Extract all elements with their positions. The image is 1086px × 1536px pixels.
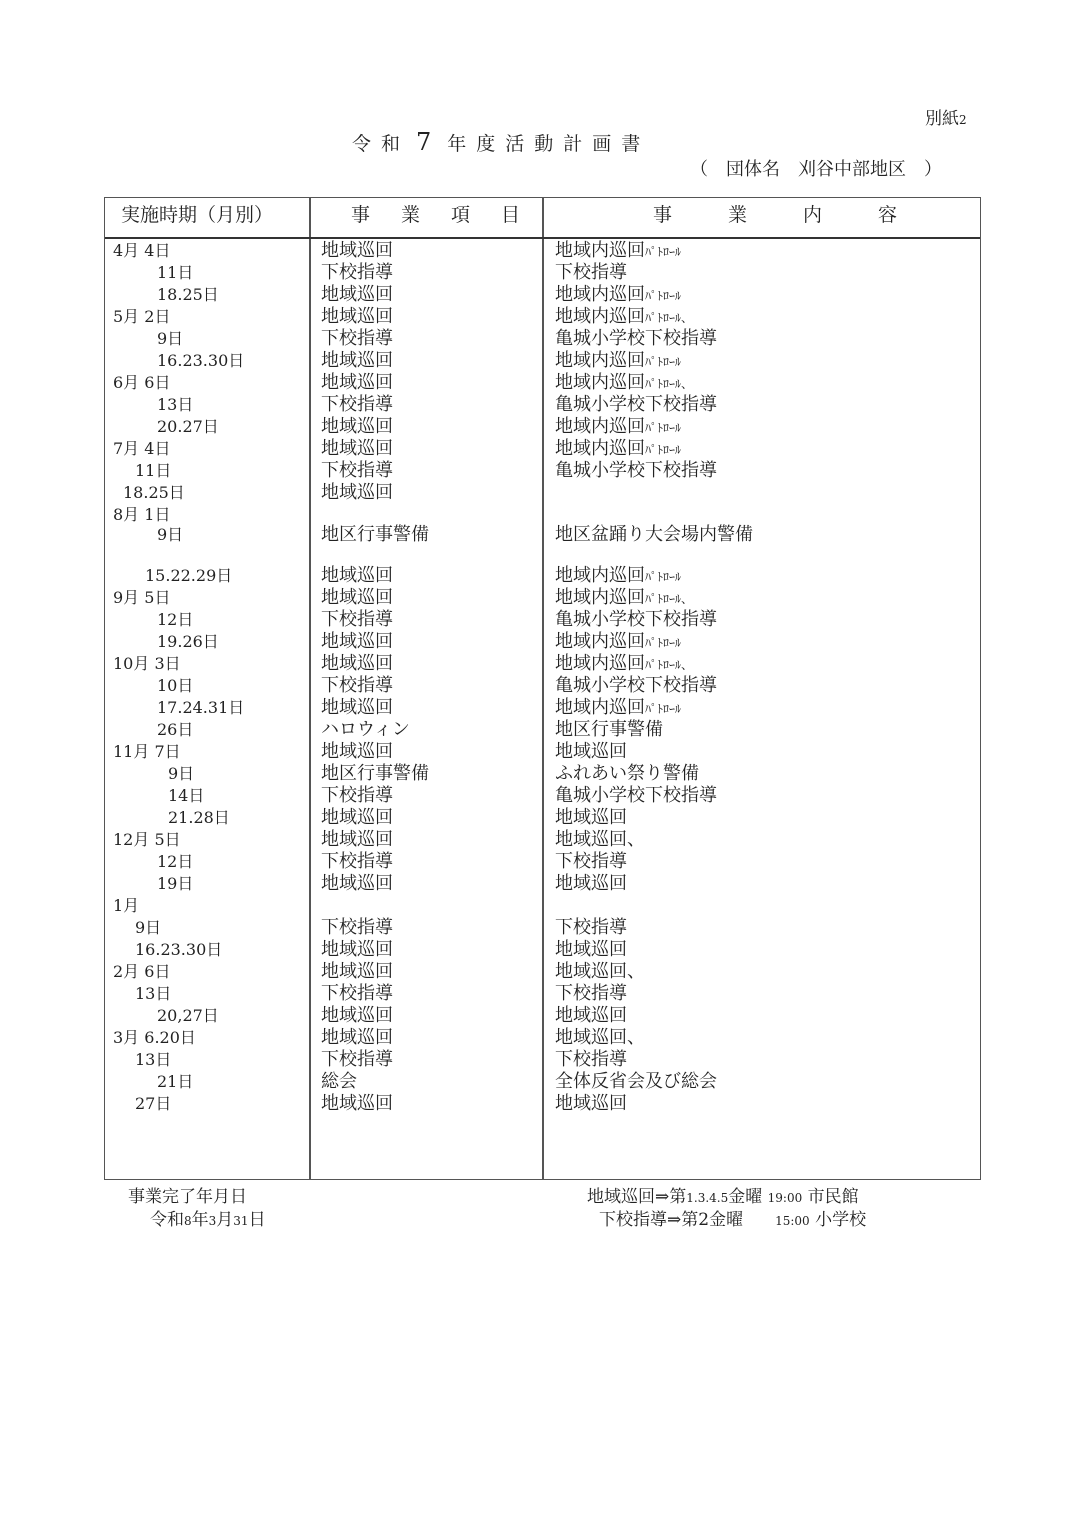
row-content-text: 地域巡回	[555, 807, 627, 828]
row-item: 下校指導	[321, 917, 393, 939]
row-content-text: 亀城小学校下校指導	[555, 460, 717, 481]
row-content-text: 地域内巡回	[555, 653, 645, 674]
row-date: 13日	[135, 1049, 171, 1071]
row-content-suffix: ﾊﾟﾄﾛｰﾙ、	[645, 658, 693, 672]
row-content-text: 地域内巡回	[555, 631, 645, 652]
row-date: 26日	[157, 719, 193, 741]
row-date: 21.28日	[168, 807, 230, 829]
row-content: 地域巡回	[555, 873, 627, 896]
row-item: 地域巡回	[321, 807, 393, 829]
row-content-text: 下校指導	[555, 851, 627, 872]
row-content: 地域内巡回ﾊﾟﾄﾛｰﾙ	[555, 416, 681, 439]
row-content: 地域巡回、	[555, 1027, 645, 1050]
completion-year: 8	[184, 1214, 192, 1228]
row-content-text: 地区盆踊り大会場内警備	[555, 524, 753, 545]
row-content: 全体反省会及び総会	[555, 1071, 717, 1094]
row-content: 地域内巡回ﾊﾟﾄﾛｰﾙ、	[555, 587, 693, 610]
row-content-text: 地域巡回	[555, 1093, 627, 1114]
row-content: 地域内巡回ﾊﾟﾄﾛｰﾙ	[555, 240, 681, 263]
row-content: 下校指導	[555, 983, 627, 1006]
row-content: 地域内巡回ﾊﾟﾄﾛｰﾙ	[555, 697, 681, 720]
row-item: 地域巡回	[321, 631, 393, 653]
row-date: 16.23.30日	[157, 350, 244, 372]
row-date: 11月 7日	[113, 741, 181, 763]
row-content-text: 亀城小学校下校指導	[555, 675, 717, 696]
row-date: 1月	[113, 895, 139, 917]
row-item: 地域巡回	[321, 482, 393, 504]
row-content: 地域内巡回ﾊﾟﾄﾛｰﾙ、	[555, 653, 693, 676]
row-content: 亀城小学校下校指導	[555, 460, 717, 483]
row-date: 5月 2日	[113, 306, 170, 328]
guidance-time: 15:00	[775, 1214, 810, 1228]
row-content-text: 地域内巡回	[555, 697, 645, 718]
row-content: 地域内巡回ﾊﾟﾄﾛｰﾙ	[555, 350, 681, 373]
row-content: 地域内巡回ﾊﾟﾄﾛｰﾙ	[555, 631, 681, 654]
row-item: 地域巡回	[321, 416, 393, 438]
header-divider	[105, 237, 980, 239]
row-content-text: 地域内巡回	[555, 416, 645, 437]
guidance-schedule-note: 下校指導⇒第2金曜15:00 小学校	[599, 1205, 866, 1230]
row-content-text: 下校指導	[555, 917, 627, 938]
row-content: 亀城小学校下校指導	[555, 609, 717, 632]
row-content-suffix: ﾊﾟﾄﾛｰﾙ	[645, 355, 681, 369]
row-date: 13日	[135, 983, 171, 1005]
row-item: 地域巡回	[321, 829, 393, 851]
patrol-time: 19:00	[768, 1191, 803, 1205]
row-date: 12日	[157, 609, 193, 631]
header-period: 実施時期（月別）	[121, 200, 273, 227]
row-content-suffix: ﾊﾟﾄﾛｰﾙ、	[645, 311, 693, 325]
row-item: 地域巡回	[321, 961, 393, 983]
row-item: 地域巡回	[321, 587, 393, 609]
row-content-text: 地域内巡回	[555, 240, 645, 261]
row-content-text: 地域内巡回	[555, 306, 645, 327]
row-item: 地域巡回	[321, 306, 393, 328]
row-item: 下校指導	[321, 460, 393, 482]
row-content-text: 地域巡回	[555, 939, 627, 960]
row-date: 2月 6日	[113, 961, 170, 983]
patrol-weeks: 1.3.4.5	[686, 1191, 728, 1205]
row-date: 8月 1日	[113, 504, 170, 526]
row-date: 19日	[157, 873, 193, 895]
title-text: 年度活動計画書	[447, 133, 650, 155]
row-item: 下校指導	[321, 262, 393, 284]
attachment-text: 別紙	[925, 109, 959, 129]
row-content: 亀城小学校下校指導	[555, 785, 717, 808]
row-date: 9月 5日	[113, 587, 170, 609]
row-content-text: 地域内巡回	[555, 350, 645, 371]
row-date: 12月 5日	[113, 829, 181, 851]
row-item: 地域巡回	[321, 438, 393, 460]
row-content-text: 地域巡回	[555, 873, 627, 894]
row-date: 4月 4日	[113, 240, 170, 262]
row-date: 13日	[157, 394, 193, 416]
row-item: 下校指導	[321, 675, 393, 697]
row-item: 下校指導	[321, 609, 393, 631]
row-date: 11日	[135, 460, 171, 482]
row-item: 地域巡回	[321, 697, 393, 719]
row-date: 21日	[157, 1071, 193, 1093]
row-date: 11日	[157, 262, 193, 284]
row-date: 19.26日	[157, 631, 219, 653]
row-content: 地区盆踊り大会場内警備	[555, 524, 753, 547]
row-item: 地域巡回	[321, 653, 393, 675]
row-item: 下校指導	[321, 1049, 393, 1071]
row-content-text: 下校指導	[555, 983, 627, 1004]
row-item: 地域巡回	[321, 240, 393, 262]
completion-day: 31	[233, 1214, 248, 1228]
row-content-suffix: ﾊﾟﾄﾛｰﾙ	[645, 570, 681, 584]
guidance-week: 2	[698, 1210, 709, 1230]
guidance-label: 下校指導⇒第	[599, 1210, 698, 1230]
completion-era: 令和	[150, 1210, 184, 1230]
row-content-text: 亀城小学校下校指導	[555, 328, 717, 349]
row-item: 下校指導	[321, 328, 393, 350]
row-content-suffix: ﾊﾟﾄﾛｰﾙ	[645, 421, 681, 435]
row-content-text: 地域内巡回	[555, 284, 645, 305]
row-content: 地域巡回	[555, 1005, 627, 1028]
row-date: 17.24.31日	[157, 697, 244, 719]
row-item: 地域巡回	[321, 939, 393, 961]
row-item: 地域巡回	[321, 284, 393, 306]
row-item: 地域巡回	[321, 1005, 393, 1027]
row-item: 地域巡回	[321, 565, 393, 587]
completion-label: 事業完了年月日	[128, 1182, 247, 1207]
row-date: 6月 6日	[113, 372, 170, 394]
patrol-label: 地域巡回⇒第	[587, 1187, 686, 1207]
patrol-day: 金曜	[728, 1187, 762, 1207]
row-date: 20,27日	[157, 1005, 219, 1027]
row-date: 18.25日	[123, 482, 185, 504]
row-date: 20.27日	[157, 416, 219, 438]
row-content: 下校指導	[555, 262, 627, 285]
row-content: ふれあい祭り警備	[555, 763, 699, 786]
row-content-text: ふれあい祭り警備	[555, 763, 699, 784]
row-content: 亀城小学校下校指導	[555, 328, 717, 351]
row-item: 下校指導	[321, 983, 393, 1005]
row-content-suffix: ﾊﾟﾄﾛｰﾙ	[645, 702, 681, 716]
guidance-place: 小学校	[815, 1210, 866, 1230]
row-content-text: 地域巡回、	[555, 829, 645, 850]
row-content-text: 亀城小学校下校指導	[555, 609, 717, 630]
row-content-text: 地域巡回	[555, 741, 627, 762]
completion-date: 令和8年3月31日	[150, 1205, 266, 1230]
organization-name: （ 団体名 刈谷中部地区 ）	[690, 155, 942, 181]
row-content: 地域内巡回ﾊﾟﾄﾛｰﾙ	[555, 565, 681, 588]
row-content: 地域巡回	[555, 807, 627, 830]
row-date: 9日	[157, 524, 183, 546]
row-date: 27日	[135, 1093, 171, 1115]
row-content: 下校指導	[555, 917, 627, 940]
completion-month-unit: 月	[216, 1210, 233, 1230]
row-item: 下校指導	[321, 851, 393, 873]
row-item: 地域巡回	[321, 1027, 393, 1049]
row-content-text: 亀城小学校下校指導	[555, 394, 717, 415]
row-item: 地域巡回	[321, 372, 393, 394]
row-item: 総会	[321, 1071, 357, 1093]
patrol-schedule-note: 地域巡回⇒第1.3.4.5金曜 19:00 市民館	[587, 1182, 859, 1207]
row-content-suffix: ﾊﾟﾄﾛｰﾙ、	[645, 377, 693, 391]
row-content-suffix: ﾊﾟﾄﾛｰﾙ	[645, 636, 681, 650]
row-content-suffix: ﾊﾟﾄﾛｰﾙ	[645, 289, 681, 303]
row-date: 16.23.30日	[135, 939, 222, 961]
row-content-text: 地域内巡回	[555, 565, 645, 586]
row-date: 9日	[168, 763, 194, 785]
row-content-text: 地域内巡回	[555, 372, 645, 393]
row-content-suffix: ﾊﾟﾄﾛｰﾙ	[645, 443, 681, 457]
row-content: 地域巡回、	[555, 829, 645, 852]
attachment-number: 2	[959, 113, 967, 127]
row-item: 地域巡回	[321, 1093, 393, 1115]
row-content-text: 地域内巡回	[555, 438, 645, 459]
row-date: 9日	[135, 917, 161, 939]
guidance-day: 金曜	[709, 1210, 743, 1230]
row-date: 18.25日	[157, 284, 219, 306]
completion-day-unit: 日	[249, 1210, 266, 1230]
row-item: ハロウィン	[321, 719, 410, 741]
row-content-text: 地域巡回	[555, 1005, 627, 1026]
completion-year-unit: 年	[192, 1210, 209, 1230]
activity-plan-table: 実施時期（月別） 事 業 項 目 事 業 内 容 4月 4日地域巡回地域内巡回ﾊ…	[104, 197, 981, 1180]
header-content: 事 業 内 容	[653, 200, 903, 227]
row-item: 地区行事警備	[321, 763, 429, 785]
row-date: 9日	[157, 328, 183, 350]
row-content: 下校指導	[555, 1049, 627, 1072]
row-item: 下校指導	[321, 394, 393, 416]
row-item: 地域巡回	[321, 741, 393, 763]
header-item: 事 業 項 目	[351, 200, 526, 227]
row-content: 地域内巡回ﾊﾟﾄﾛｰﾙ	[555, 438, 681, 461]
row-date: 14日	[168, 785, 204, 807]
row-item: 地域巡回	[321, 873, 393, 895]
row-content: 地域巡回	[555, 741, 627, 764]
row-content: 地域巡回、	[555, 961, 645, 984]
column-divider	[309, 198, 311, 1179]
row-item: 地域巡回	[321, 350, 393, 372]
row-content-text: 全体反省会及び総会	[555, 1071, 717, 1092]
row-item: 下校指導	[321, 785, 393, 807]
row-content: 地域巡回	[555, 939, 627, 962]
row-content: 地域内巡回ﾊﾟﾄﾛｰﾙ、	[555, 372, 693, 395]
attachment-label: 別紙2	[925, 104, 967, 129]
row-content: 地区行事警備	[555, 719, 663, 742]
row-content-text: 地域内巡回	[555, 587, 645, 608]
row-content: 亀城小学校下校指導	[555, 394, 717, 417]
row-content: 地域内巡回ﾊﾟﾄﾛｰﾙ	[555, 284, 681, 307]
row-item: 地区行事警備	[321, 524, 429, 546]
row-content-text: 下校指導	[555, 1049, 627, 1070]
row-date: 15.22.29日	[145, 565, 232, 587]
document-title: 令和7年度活動計画書	[352, 128, 650, 156]
row-date: 10月 3日	[113, 653, 181, 675]
patrol-place: 市民館	[808, 1187, 859, 1207]
row-content: 地域内巡回ﾊﾟﾄﾛｰﾙ、	[555, 306, 693, 329]
row-content-text: 地域巡回、	[555, 1027, 645, 1048]
row-date: 10日	[157, 675, 193, 697]
title-era: 令和	[352, 133, 410, 155]
row-date: 7月 4日	[113, 438, 170, 460]
title-year: 7	[416, 128, 441, 156]
row-content: 地域巡回	[555, 1093, 627, 1116]
row-date: 12日	[157, 851, 193, 873]
row-content-text: 下校指導	[555, 262, 627, 283]
column-divider	[542, 198, 544, 1179]
row-content-suffix: ﾊﾟﾄﾛｰﾙ	[645, 245, 681, 259]
row-content-suffix: ﾊﾟﾄﾛｰﾙ、	[645, 592, 693, 606]
row-content: 下校指導	[555, 851, 627, 874]
row-content-text: 亀城小学校下校指導	[555, 785, 717, 806]
row-content-text: 地域巡回、	[555, 961, 645, 982]
row-content-text: 地区行事警備	[555, 719, 663, 740]
row-content: 亀城小学校下校指導	[555, 675, 717, 698]
row-date: 3月 6.20日	[113, 1027, 196, 1049]
